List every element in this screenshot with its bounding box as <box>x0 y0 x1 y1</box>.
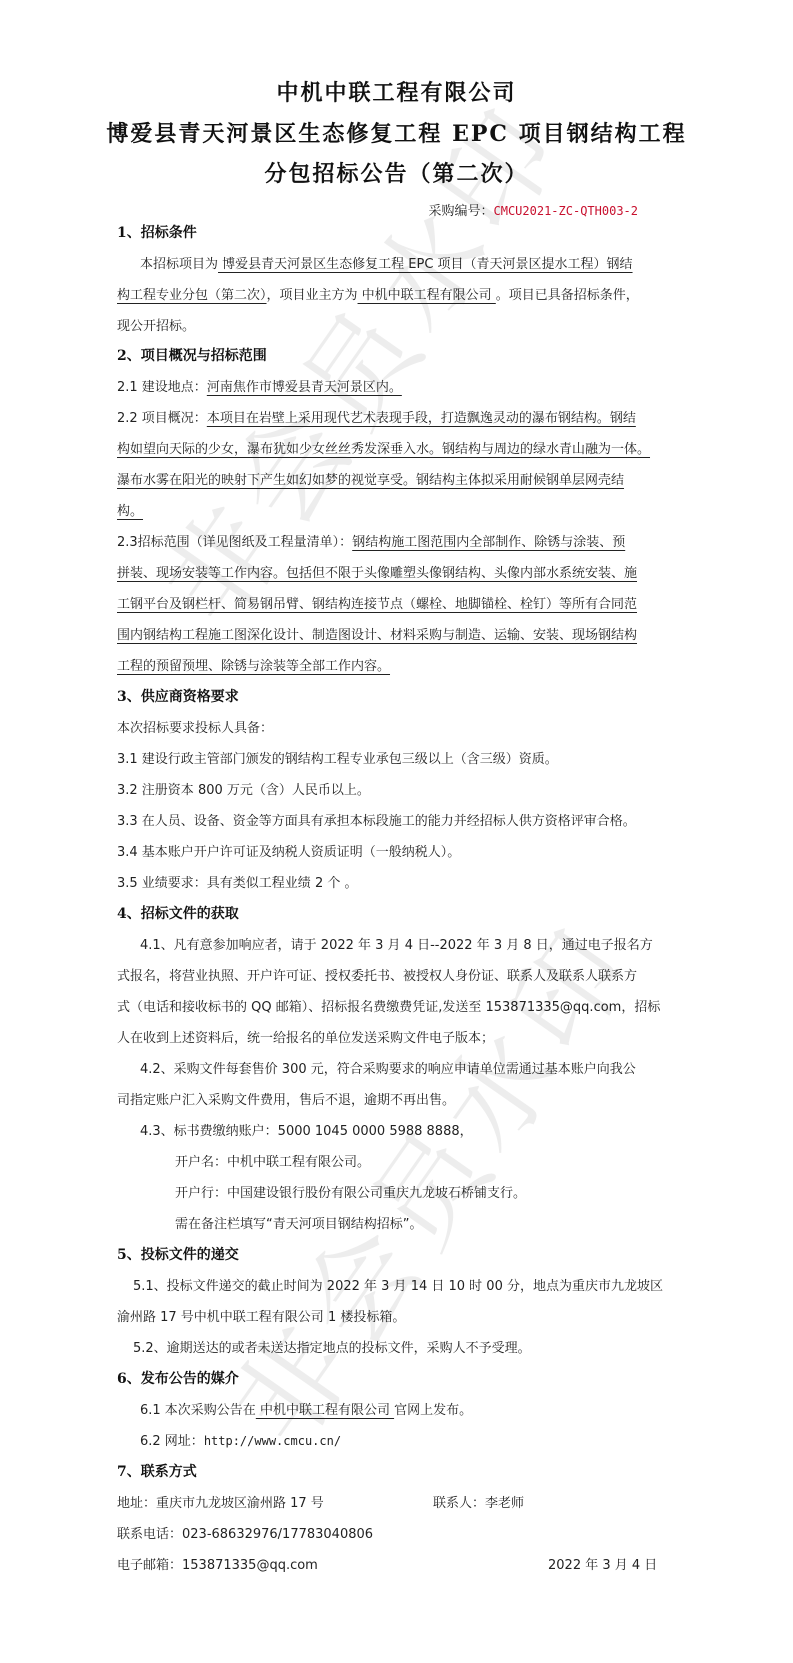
section-heading-6: 6、发布公告的媒介 <box>117 1368 239 1388</box>
s3-intro: 本次招标要求投标人具备： <box>117 717 273 736</box>
notice-date: 2022 年 3 月 4 日 <box>548 1554 657 1573</box>
requirement-item: 3.4 基本账户开户许可证及纳税人资质证明（一般纳税人）。 <box>117 841 460 860</box>
s1-paragraph-line-3: 现公开招标。 <box>117 315 195 334</box>
item-5-1: 5.1、投标文件递交的截止时间为 2022 年 3 月 14 日 10 时 00… <box>133 1275 663 1294</box>
contact-person: 联系人：李老师 <box>433 1492 524 1511</box>
requirement-item: 3.5 业绩要求：具有类似工程业绩 2 个 。 <box>117 872 357 891</box>
procurement-label: 采购编号： <box>428 204 493 219</box>
procurement-code: CMCU2021-ZC-QTH003-2 <box>494 204 639 218</box>
requirement-item: 3.2 注册资本 800 万元（含）人民币以上。 <box>117 779 370 798</box>
section-heading-3: 3、供应商资格要求 <box>117 686 239 706</box>
contact-phone: 联系电话：023-68632976/17783040806 <box>117 1523 373 1542</box>
item-4-1-line: 式报名，将营业执照、开户许可证、授权委托书、被授权人身份证、联系人及联系人联系方 <box>117 965 637 984</box>
text: 6.1 本次采购公告在 <box>140 1403 256 1418</box>
item-5-2: 5.2、逾期送达的或者未送达指定地点的投标文件，采购人不予受理。 <box>133 1337 531 1356</box>
item-2-3-line: 工程的预留预埋、除锈与涂装等全部工作内容。 <box>117 655 390 674</box>
s1-paragraph-line-2: 构工程专业分包（第二次），项目业主方为 中机中联工程有限公司 。项目已具备招标条… <box>117 284 639 303</box>
account-name: 开户名：中机中联工程有限公司。 <box>175 1151 370 1170</box>
item-2-3-line: 围内钢结构工程施工图深化设计、制造图设计、材料采购与制造、运输、安装、现场钢结构 <box>117 624 637 643</box>
label: 2.2 项目概况： <box>117 411 207 426</box>
publisher-name: 中机中联工程有限公司 <box>256 1403 394 1418</box>
contact-address: 地址：重庆市九龙坡区渝州路 17 号 <box>117 1492 324 1511</box>
s1-paragraph-line-1: 本招标项目为 博爱县青天河景区生态修复工程 EPC 项目（青天河景区提水工程）钢… <box>140 253 633 272</box>
text: ，项目业主方为 <box>267 288 358 303</box>
project-name: 博爱县青天河景区生态修复工程 EPC 项目（青天河景区提水工程）钢结 <box>218 257 633 272</box>
owner-name: 中机中联工程有限公司 <box>358 288 496 303</box>
item-4-1: 4.1、凡有意参加响应者，请于 2022 年 3 月 4 日--2022 年 3… <box>140 934 653 953</box>
item-5-1-line: 渝州路 17 号中机中联工程有限公司 1 楼投标箱。 <box>117 1306 405 1325</box>
text: 本招标项目为 <box>140 257 218 272</box>
section-heading-5: 5、投标文件的递交 <box>117 1244 239 1264</box>
item-4-2: 4.2、采购文件每套售价 300 元，符合采购要求的响应申请单位需通过基本账户向… <box>140 1058 636 1077</box>
item-6-1: 6.1 本次采购公告在 中机中联工程有限公司 官网上发布。 <box>140 1399 472 1418</box>
section-heading-2: 2、项目概况与招标范围 <box>117 345 267 365</box>
document-title: 博爱县青天河景区生态修复工程 EPC 项目钢结构工程 <box>0 117 793 148</box>
item-6-2: 6.2 网址：http://www.cmcu.cn/ <box>140 1430 341 1449</box>
payment-remark: 需在备注栏填写“青天河项目钢结构招标”。 <box>175 1213 422 1232</box>
item-4-2-line: 司指定账户汇入采购文件费用，售后不退，逾期不再出售。 <box>117 1089 455 1108</box>
website-link[interactable]: http://www.cmcu.cn/ <box>204 1434 341 1448</box>
scope-text: 钢结构施工图范围内全部制作、除锈与涂装、预 <box>352 535 625 550</box>
item-2-2-line: 构如望向天际的少女，瀑布犹如少女丝丝秀发深垂入水。钢结构与周边的绿水青山融为一体… <box>117 438 650 457</box>
item-2-3-line: 拼装、现场安装等工作内容。包括但不限于头像雕塑头像钢结构、头像内部水系统安装、施 <box>117 562 637 581</box>
requirement-item: 3.3 在人员、设备、资金等方面具有承担本标段施工的能力并经招标人供方资格评审合… <box>117 810 636 829</box>
section-heading-7: 7、联系方式 <box>117 1461 197 1481</box>
section-heading-1: 1、招标条件 <box>117 222 197 242</box>
contact-email[interactable]: 电子邮箱：153871335@qq.com <box>117 1554 318 1573</box>
item-2-2-line: 构。 <box>117 500 143 519</box>
project-name-cont: 构工程专业分包（第二次） <box>117 288 267 303</box>
company-title: 中机中联工程有限公司 <box>0 76 793 107</box>
text: 官网上发布。 <box>394 1403 472 1418</box>
section-heading-4: 4、招标文件的获取 <box>117 903 239 923</box>
text: 。项目已具备招标条件， <box>496 288 639 303</box>
document-subtitle: 分包招标公告（第二次） <box>0 157 793 188</box>
item-4-3: 4.3、标书费缴纳账户：5000 1045 0000 5988 8888， <box>140 1120 473 1139</box>
item-4-1-line: 式（电话和接收标书的 QQ 邮箱）、招标报名费缴费凭证,发送至 15387133… <box>117 996 660 1015</box>
bank-name: 开户行：中国建设银行股份有限公司重庆九龙坡石桥铺支行。 <box>175 1182 526 1201</box>
requirement-item: 3.1 建设行政主管部门颁发的钢结构工程专业承包三级以上（含三级）资质。 <box>117 748 558 767</box>
item-2-1: 2.1 建设地点：河南焦作市博爱县青天河景区内。 <box>117 376 402 395</box>
item-2-3: 2.3招标范围（详见图纸及工程量清单）：钢结构施工图范围内全部制作、除锈与涂装、… <box>117 531 625 550</box>
item-2-3-line: 工钢平台及钢栏杆、简易钢吊臂、钢结构连接节点（螺栓、地脚锚栓、栓钉）等所有合同范 <box>117 593 637 612</box>
location-value: 河南焦作市博爱县青天河景区内。 <box>207 380 402 395</box>
item-4-1-line: 人在收到上述资料后，统一给报名的单位发送采购文件电子版本； <box>117 1027 494 1046</box>
overview-text: 本项目在岩壁上采用现代艺术表现手段，打造飘逸灵动的瀑布钢结构。钢结 <box>207 411 636 426</box>
item-2-2: 2.2 项目概况：本项目在岩壁上采用现代艺术表现手段，打造飘逸灵动的瀑布钢结构。… <box>117 407 636 426</box>
item-2-2-line: 瀑布水雾在阳光的映射下产生如幻如梦的视觉享受。钢结构主体拟采用耐候钢单层网壳结 <box>117 469 624 488</box>
procurement-number: 采购编号：CMCU2021-ZC-QTH003-2 <box>428 200 638 219</box>
label: 2.1 建设地点： <box>117 380 207 395</box>
label: 2.3招标范围（详见图纸及工程量清单）： <box>117 535 352 550</box>
label: 6.2 网址： <box>140 1434 204 1449</box>
